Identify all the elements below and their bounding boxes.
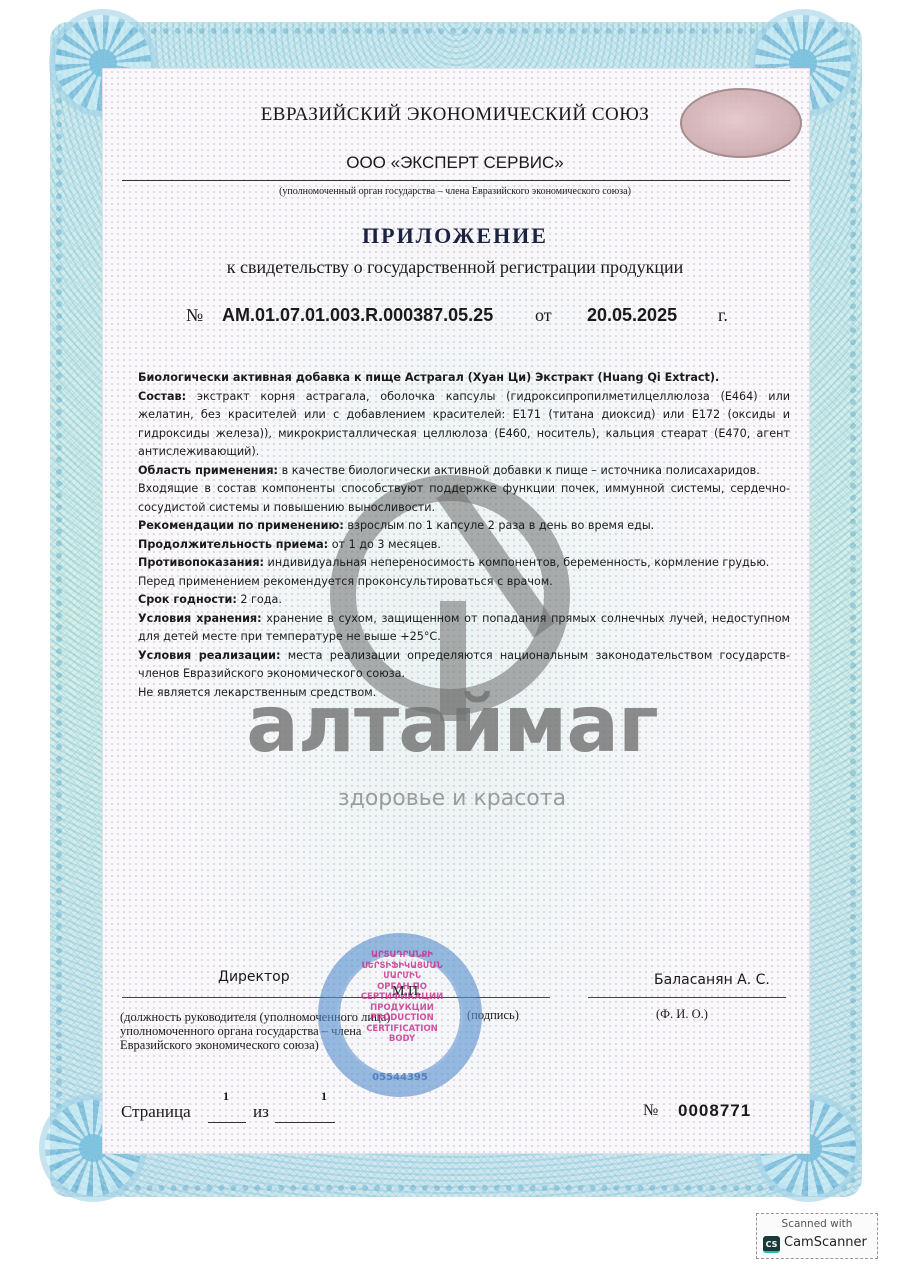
registration-number: AM.01.07.01.003.R.000387.05.25 [222,305,493,326]
usage-text: взрослым по 1 капсуле 2 раза в день во в… [347,519,654,532]
sale-conditions-label: Условия реализации: [138,649,280,662]
stamp-line: ПРОДУКЦИИ [352,1003,452,1014]
stamp-line: ՍԵՐՏԻՖԻԿԱՑՄԱՆ [352,961,452,972]
document-subtitle: к свидетельству о государственной регист… [102,257,808,278]
contraindications-text: индивидуальная непереносимость компонент… [268,556,770,569]
page-total: 1 [321,1089,327,1104]
stamp-line: ՄԱՐՄԻՆ [352,971,452,982]
components-effect-text: Входящие в состав компоненты способствую… [138,482,790,514]
name-caption: (Ф. И. О.) [656,1007,708,1022]
watermark-brand: алтаймаг [212,680,692,770]
page-current: 1 [223,1089,229,1104]
stamp-line: PRODUCTION [352,1013,452,1024]
union-heading: ЕВРАЗИЙСКИЙ ЭКОНОМИЧЕСКИЙ СОЮЗ [102,104,808,126]
shelf-life-label: Срок годности: [138,593,237,606]
camscanner-badge: Scanned with CS CamScanner [756,1213,878,1259]
organization-caption: (уполномоченный орган государства – член… [102,186,808,197]
signatory-position: Директор [218,969,290,985]
scope-text: в качестве биологически активной добавки… [282,464,760,477]
signatory-name: Баласанян А. С. [654,972,770,988]
document-title: ПРИЛОЖЕНИЕ [102,223,808,249]
from-label: от [535,305,552,326]
product-name: Биологически активная добавка к пище Аст… [138,371,719,384]
composition-text: экстракт корня астрагала, оболочка капсу… [138,390,790,459]
contraindications-label: Противопоказания: [138,556,264,569]
page-current-line [208,1122,246,1123]
page-total-line [275,1122,335,1123]
storage-label: Условия хранения: [138,612,262,625]
stamp-line: CERTIFICATION [352,1024,452,1035]
number-sign: № [186,305,203,326]
scope-label: Область применения: [138,464,278,477]
composition-label: Состав: [138,390,186,403]
camscanner-name: CamScanner [784,1235,867,1250]
duration-label: Продолжительность приема: [138,538,328,551]
name-line [588,997,786,998]
page-of-label: из [253,1102,269,1122]
consult-text: Перед применением рекомендуется проконсу… [138,575,553,588]
watermark-tagline: здоровье и красота [212,786,692,811]
stamp-line: ԱՐՏԱԴՐԱՆՔԻ [352,950,452,961]
scanned-with-label: Scanned with [757,1218,877,1230]
organization-name: ООО «ЭКСПЕРТ СЕРВИС» [102,153,808,173]
divider [122,180,790,181]
duration-text: от 1 до 3 месяцев. [332,538,441,551]
usage-label: Рекомендации по применению: [138,519,344,532]
shelf-life-text: 2 года. [240,593,282,606]
year-suffix: г. [718,305,728,326]
product-description: Биологически активная добавка к пище Аст… [138,369,790,702]
form-serial-number: 0008771 [678,1101,751,1121]
camscanner-logo-icon: CS [763,1236,780,1253]
registration-date: 20.05.2025 [587,305,677,326]
doc-number-sign: № [643,1102,658,1120]
seal-place-label: М.П. [392,984,422,1000]
stamp-line: BODY [352,1034,452,1045]
stamp-code: 05544395 [360,1072,440,1083]
page-label: Страница [121,1102,191,1122]
